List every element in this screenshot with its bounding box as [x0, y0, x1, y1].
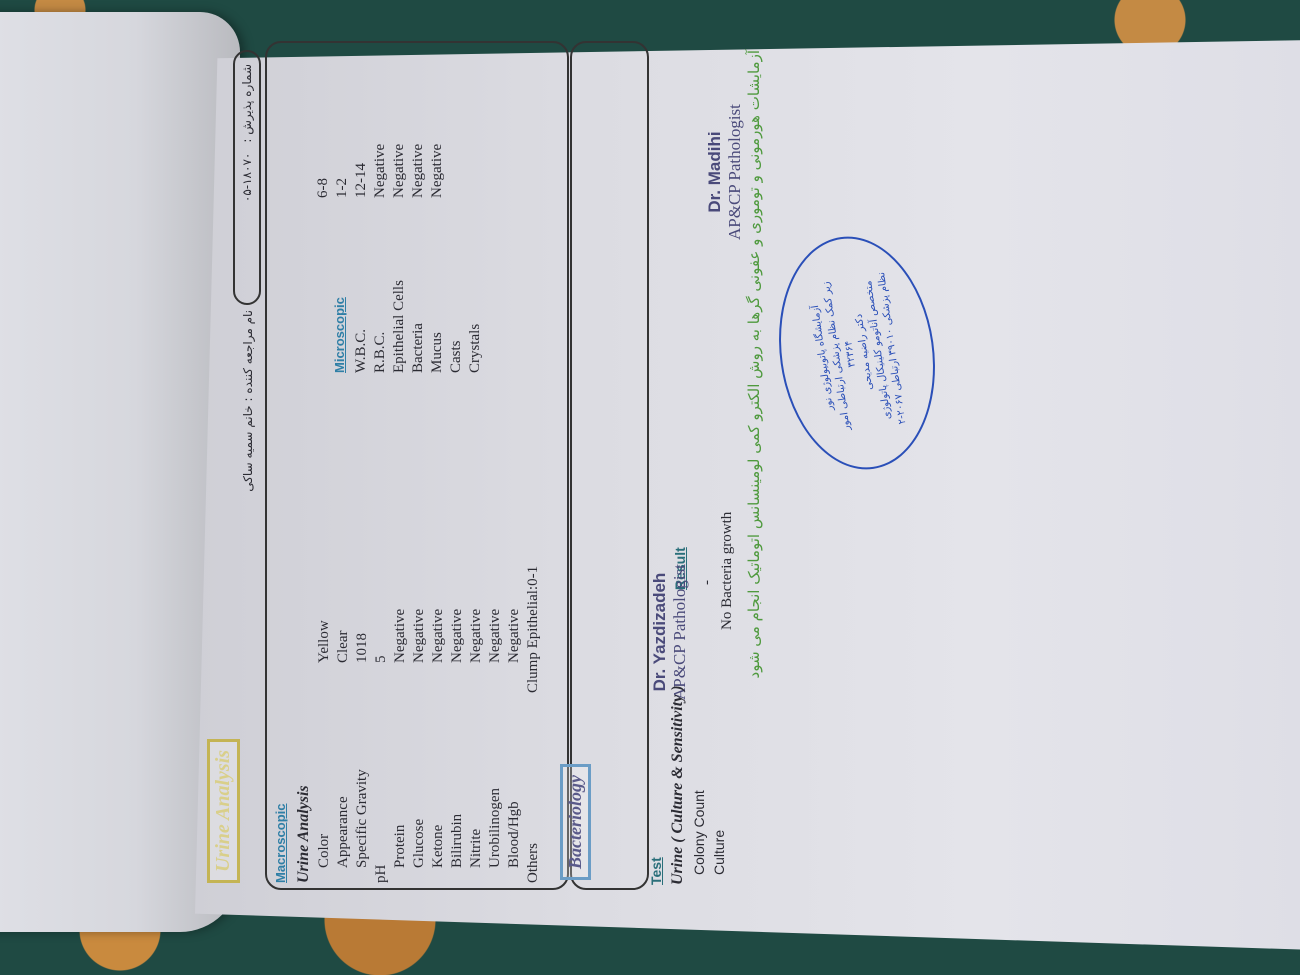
- signature-right: Dr. Madihi AP&CP Pathologist: [705, 104, 745, 240]
- macroscopic-value: 1018: [353, 633, 372, 663]
- microscopic-label: Bacteria: [409, 323, 428, 373]
- test-heading: Test: [648, 857, 664, 885]
- microscopic-label: Casts: [447, 340, 466, 373]
- microscopic-value: Negative: [428, 144, 447, 198]
- macroscopic-heading: Macroscopic: [273, 804, 288, 883]
- patient-name: نام مراجعه کننده : خانم سمیه ساکی: [235, 310, 261, 590]
- microscopic-label: Crystals: [466, 324, 485, 373]
- urine-analysis-subheading: Urine Analysis: [295, 785, 313, 883]
- macroscopic-value: Negative: [448, 609, 467, 663]
- macroscopic-value: Yellow: [315, 620, 334, 663]
- bacteriology-title: Bacteriology: [560, 764, 591, 880]
- macroscopic-value: Clear: [334, 631, 353, 663]
- macroscopic-value: Negative: [486, 609, 505, 663]
- signature-left-role: AP&CP Pathologist: [670, 564, 690, 700]
- microscopic-value: 1-2: [333, 178, 352, 198]
- urine-analysis-panel: Urine Analysis Macroscopic Urine Analysi…: [265, 41, 569, 890]
- macroscopic-label: Appearance: [334, 796, 353, 868]
- signature-right-role: AP&CP Pathologist: [725, 104, 745, 240]
- microscopic-label: W.B.C.: [352, 329, 371, 373]
- admission-label: شماره پذیرش :: [240, 64, 254, 143]
- microscopic-label: R.B.C.: [371, 332, 390, 373]
- admission-number-box: شماره پذیرش : ۰۵-۱۸۰۷۰: [233, 50, 261, 305]
- macroscopic-label: Specific Gravity: [353, 769, 372, 868]
- admission-number: ۰۵-۱۸۰۷۰: [240, 153, 254, 202]
- microscopic-label: Epithelial Cells: [390, 280, 409, 373]
- microscopic-label: Mucus: [428, 332, 447, 373]
- signature-left-name: Dr. Yazdizadeh: [650, 564, 670, 700]
- macroscopic-label: Bilirubin: [448, 814, 467, 868]
- macroscopic-label: Blood/Hgb: [505, 801, 524, 868]
- macroscopic-value: Negative: [429, 609, 448, 663]
- lab-report: شماره پذیرش : ۰۵-۱۸۰۷۰ نام مراجعه کننده …: [200, 40, 760, 890]
- macroscopic-value: Clump Epithelial:0-1: [524, 566, 543, 693]
- microscopic-value: 12-14: [352, 163, 371, 198]
- macroscopic-value: Negative: [467, 609, 486, 663]
- footer-note: آزمایشات هورمونی و توموری و عفونی گرها ب…: [745, 50, 763, 830]
- macroscopic-value: Negative: [391, 609, 410, 663]
- macroscopic-label: Nitrite: [467, 829, 486, 868]
- bacteriology-label: Culture: [710, 830, 729, 875]
- macroscopic-label: Glucose: [410, 819, 429, 868]
- macroscopic-label: Color: [315, 834, 334, 868]
- macroscopic-label: Protein: [391, 825, 410, 868]
- macroscopic-value: Negative: [505, 609, 524, 663]
- bacteriology-value: -: [698, 580, 717, 585]
- macroscopic-value: Negative: [410, 609, 429, 663]
- culture-test-name: Urine ( Culture & Sensitivity ): [668, 685, 687, 885]
- macroscopic-label: Urobilinogen: [486, 788, 505, 868]
- macroscopic-label: Ketone: [429, 825, 448, 868]
- macroscopic-label: pH: [372, 865, 391, 883]
- urine-analysis-title: Urine Analysis: [207, 739, 240, 883]
- microscopic-value: Negative: [390, 144, 409, 198]
- bacteriology-panel: Bacteriology: [570, 41, 649, 890]
- macroscopic-value: 5: [372, 656, 391, 664]
- bacteriology-label: Colony Count: [690, 790, 709, 875]
- microscopic-value: 6-8: [314, 178, 333, 198]
- microscopic-value: Negative: [409, 144, 428, 198]
- signature-left: Dr. Yazdizadeh AP&CP Pathologist: [650, 564, 690, 700]
- microscopic-value: Negative: [371, 144, 390, 198]
- macroscopic-label: Others: [524, 843, 543, 883]
- bacteriology-value: No Bacteria growth: [718, 512, 737, 630]
- signature-right-name: Dr. Madihi: [705, 104, 725, 240]
- microscopic-heading: Microscopic: [332, 297, 347, 373]
